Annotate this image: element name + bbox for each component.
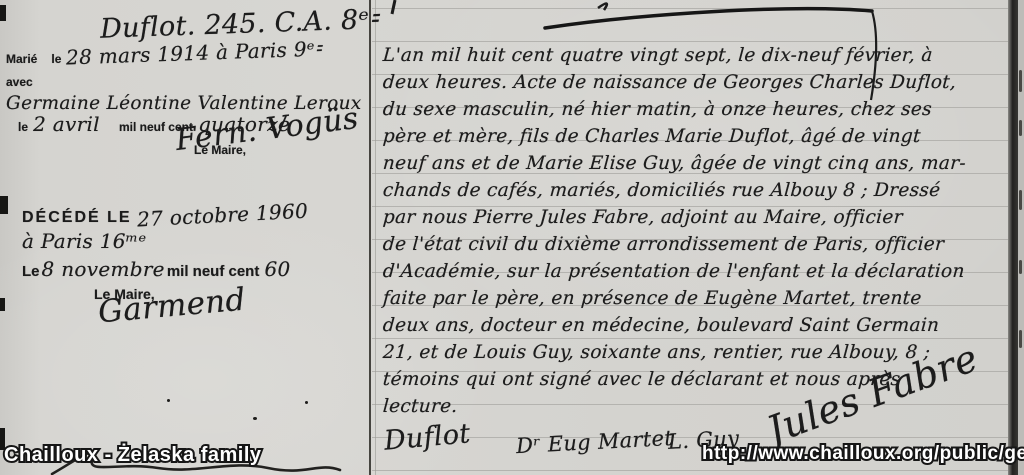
stamp-label-decede-le: DÉCÉDÉ LE — [22, 209, 132, 226]
death-place-handwritten: à Paris 16ᵐᵉ — [22, 229, 146, 253]
act-line: du sexe masculin, né hier matin, à onze … — [382, 96, 1008, 123]
stamp-label-le: le — [51, 52, 61, 66]
act-line: de l'état civil du dixième arrondissemen… — [382, 231, 1008, 258]
death-year-handwritten: 60 — [264, 257, 290, 281]
death-stamp-line3: Le8 novembremil neuf cent 60 — [22, 257, 352, 281]
act-line: deux ans, docteur en médecine, boulevard… — [382, 312, 1008, 339]
death-day-handwritten: 8 novembre — [42, 257, 165, 281]
act-line: père et mère, fils de Charles Marie Dufl… — [382, 123, 1008, 150]
stamp-label-marie: Marié — [6, 52, 37, 66]
act-line: par nous Pierre Jules Fabre, adjoint au … — [382, 204, 1008, 231]
edge-smudge — [0, 5, 6, 21]
marriage-stamp-line1: Mariéle 28 mars 1914 à Paris 9ᵉ⹀ — [6, 46, 368, 70]
ink-dot — [305, 401, 308, 404]
act-line: d'Académie, sur la présentation de l'enf… — [382, 258, 1008, 285]
marriage-day-handwritten: 2 avril — [33, 112, 100, 136]
act-line: neuf ans et de Marie Elise Guy, âgée de … — [382, 150, 1008, 177]
death-stamp-line2: à Paris 16ᵐᵉ — [22, 229, 352, 253]
act-line: chands de cafés, mariés, domiciliés rue … — [382, 177, 1008, 204]
facing-page-edge — [1018, 0, 1024, 475]
watermark-family-name: Chailloux - Żelaska family — [4, 444, 262, 467]
death-date-handwritten: 27 octobre 1960 — [136, 199, 308, 232]
margin-separator-line — [369, 0, 371, 475]
stamp-label-avec: avec — [6, 75, 33, 89]
stamp-label-le3: Le — [22, 263, 40, 280]
stamp-label-le2: le — [18, 120, 28, 134]
act-line: faite par le père, en présence de Eugène… — [382, 285, 1008, 312]
edge-smudge — [0, 196, 8, 214]
margin-separator-line-faint — [375, 0, 376, 475]
ink-dot — [167, 399, 170, 402]
book-gutter-shadow — [1008, 0, 1018, 475]
act-line: L'an mil huit cent quatre vingt sept, le… — [382, 42, 1008, 69]
ink-dot — [253, 417, 257, 420]
act-line: deux heures. Acte de naissance de George… — [382, 69, 1008, 96]
watermark-url: http://www.chailloux.org/public/geneal/ — [702, 443, 1024, 465]
edge-smudge — [0, 298, 5, 311]
stamp-label-mil-neuf-cent2: mil neuf cent — [167, 263, 260, 280]
register-page-scan: Duflot. 245. C.A. 8ᵉ⹀ Mariéle 28 mars 19… — [0, 0, 1024, 475]
death-stamp-line1: DÉCÉDÉ LE 27 octobre 1960 — [22, 203, 352, 227]
